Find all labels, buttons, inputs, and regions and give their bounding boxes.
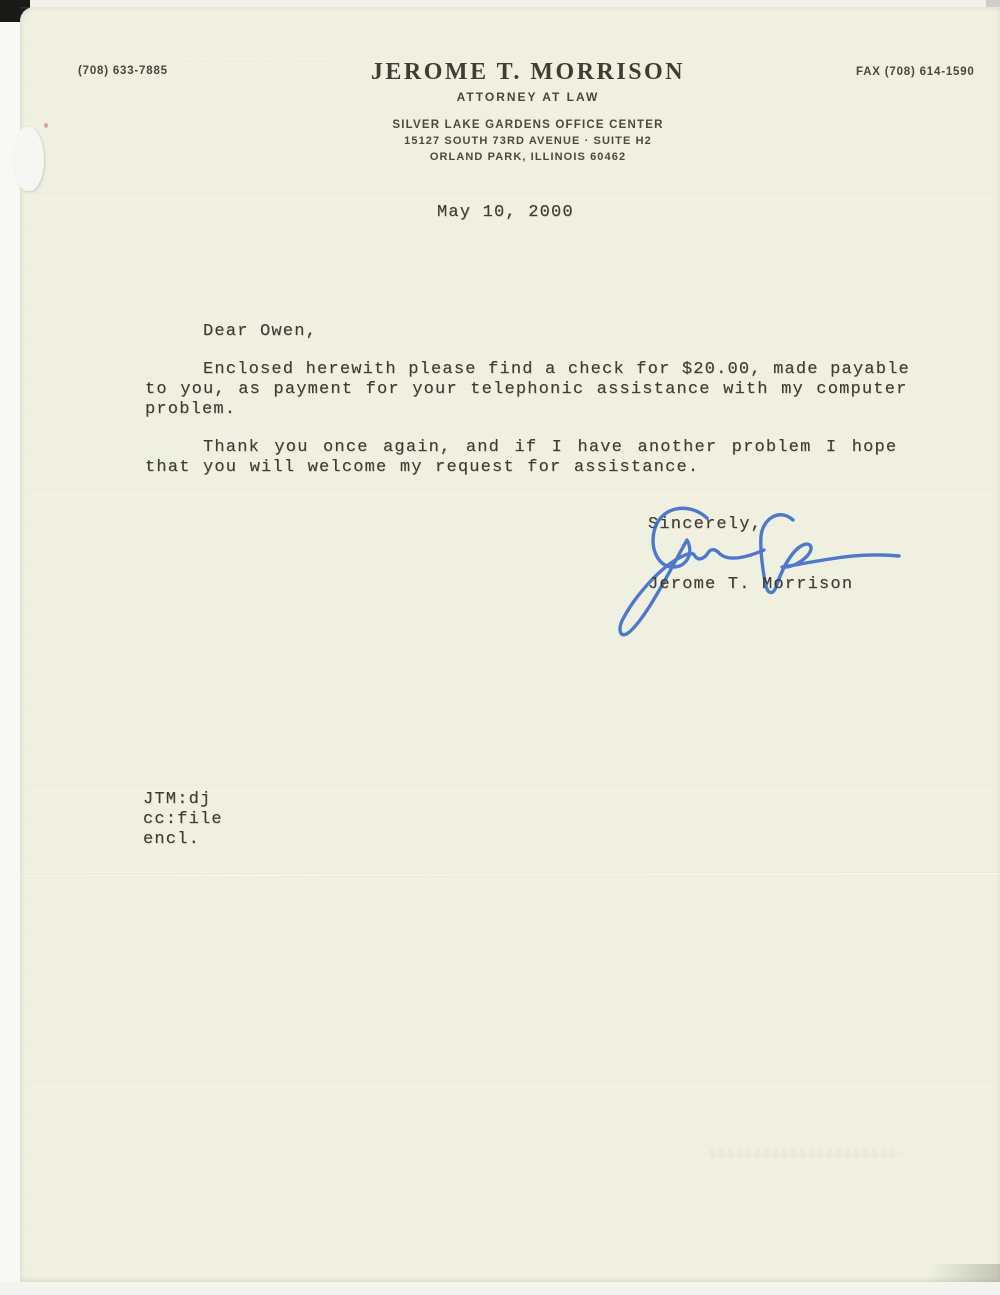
body-line: Thank you once again, and if I have anot…: [145, 438, 897, 458]
ink-bleedthrough: [710, 1149, 900, 1158]
scanned-letter-document: (708) 633-7885 FAX (708) 614-1590 JEROME…: [0, 0, 1000, 1295]
scanner-margin-left: [0, 0, 22, 1295]
letterhead-address-line1: SILVER LAKE GARDENS OFFICE CENTER: [56, 119, 1000, 131]
body-line: that you will welcome my request for ass…: [145, 458, 897, 478]
body-line: problem.: [145, 400, 910, 420]
paragraph-1: Enclosed herewith please find a check fo…: [145, 360, 910, 420]
paper-speck: [44, 123, 48, 128]
body-line: to you, as payment for your telephonic a…: [145, 380, 910, 400]
enclosure-line: encl.: [143, 830, 223, 850]
letter-page: (708) 633-7885 FAX (708) 614-1590 JEROME…: [20, 7, 1000, 1282]
closing: Sincerely,: [648, 515, 762, 535]
signature-name: Jerome T. Morrison: [648, 575, 853, 595]
letterhead: JEROME T. MORRISON ATTORNEY AT LAW SILVE…: [56, 59, 1000, 163]
salutation: Dear Owen,: [203, 322, 317, 342]
letterhead-title: ATTORNEY AT LAW: [56, 90, 1000, 104]
paragraph-2: Thank you once again, and if I have anot…: [145, 438, 897, 478]
letterhead-name: JEROME T. MORRISON: [56, 59, 1000, 85]
letterhead-address-line2: 15127 SOUTH 73RD AVENUE · SUITE H2: [56, 135, 1000, 147]
paper-corner-shade: [870, 1264, 1000, 1282]
paper-texture: [20, 7, 1000, 1282]
cc-line: cc:file: [143, 810, 223, 830]
letter-date: May 10, 2000: [437, 203, 574, 223]
scanner-margin-bottom: [0, 1281, 1000, 1295]
letterhead-address-line3: ORLAND PARK, ILLINOIS 60462: [56, 151, 1000, 163]
typist-initials: JTM:dj: [143, 790, 223, 810]
paper-edge-chip: [14, 127, 44, 191]
reference-block: JTM:dj cc:file encl.: [143, 790, 223, 850]
fold-crease: [20, 872, 1000, 877]
body-line: Enclosed herewith please find a check fo…: [145, 360, 910, 380]
